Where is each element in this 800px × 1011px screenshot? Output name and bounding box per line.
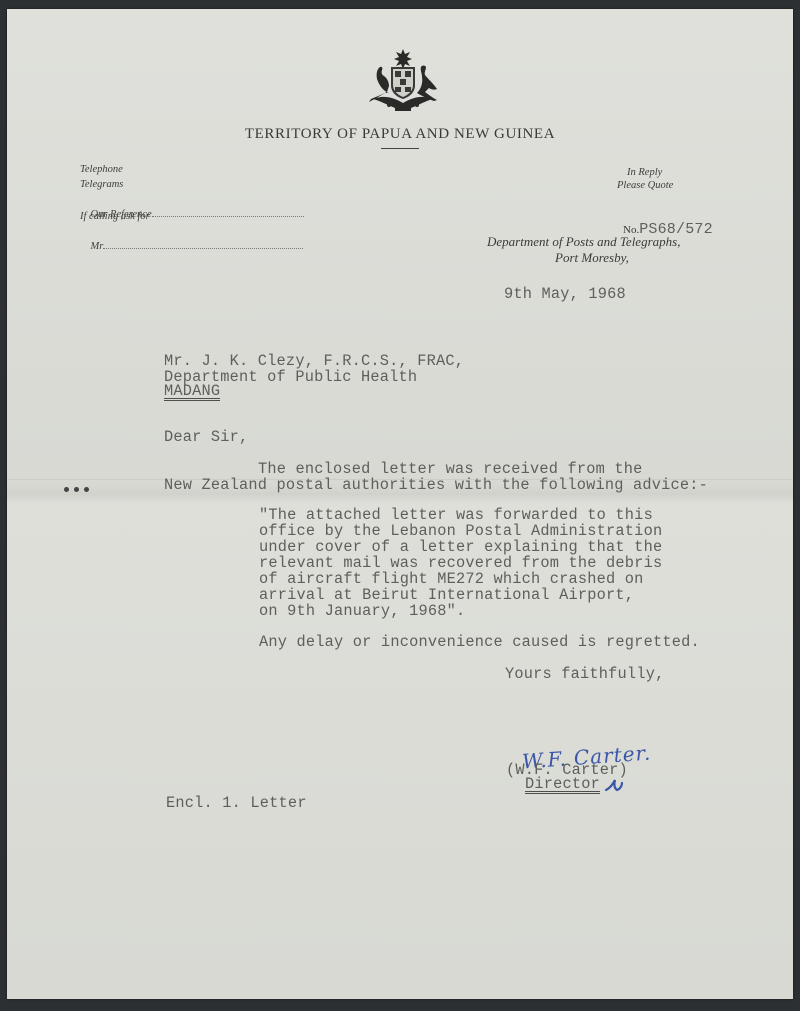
department-name: Department of Posts and Telegraphs, <box>487 234 680 250</box>
margin-dots <box>64 479 94 497</box>
letter-date: 9th May, 1968 <box>504 285 626 303</box>
if-calling-label: If calling ask for <box>80 211 150 222</box>
apology-sentence: Any delay or inconvenience caused is reg… <box>259 633 700 651</box>
quote-line: on 9th January, 1968". <box>259 602 465 620</box>
signatory-title: Director <box>525 777 600 794</box>
our-reference-blank <box>152 208 304 217</box>
enclosure-note: Encl. 1. Letter <box>166 794 307 812</box>
salutation: Dear Sir, <box>164 428 248 446</box>
letterhead-title: TERRITORY OF PAPUA AND NEW GUINEA <box>7 126 793 143</box>
please-quote-label: Please Quote <box>617 180 673 191</box>
coat-of-arms-icon <box>355 47 451 115</box>
mr-label: Mr <box>91 241 104 252</box>
mr-blank <box>103 240 303 249</box>
in-reply-label: In Reply <box>627 167 662 178</box>
initials-mark-icon <box>603 776 625 794</box>
letter-page: TERRITORY OF PAPUA AND NEW GUINEA Teleph… <box>7 9 793 999</box>
telephone-label: Telephone <box>80 164 123 175</box>
closing: Yours faithfully, <box>505 665 664 683</box>
mr-field: Mr <box>80 229 303 263</box>
department-location: Port Moresby, <box>555 250 629 266</box>
paragraph1-line2: New Zealand postal authorities with the … <box>164 476 708 494</box>
recipient-town: MADANG <box>164 384 220 401</box>
telegrams-label: Telegrams <box>80 179 123 190</box>
title-divider <box>381 148 419 149</box>
